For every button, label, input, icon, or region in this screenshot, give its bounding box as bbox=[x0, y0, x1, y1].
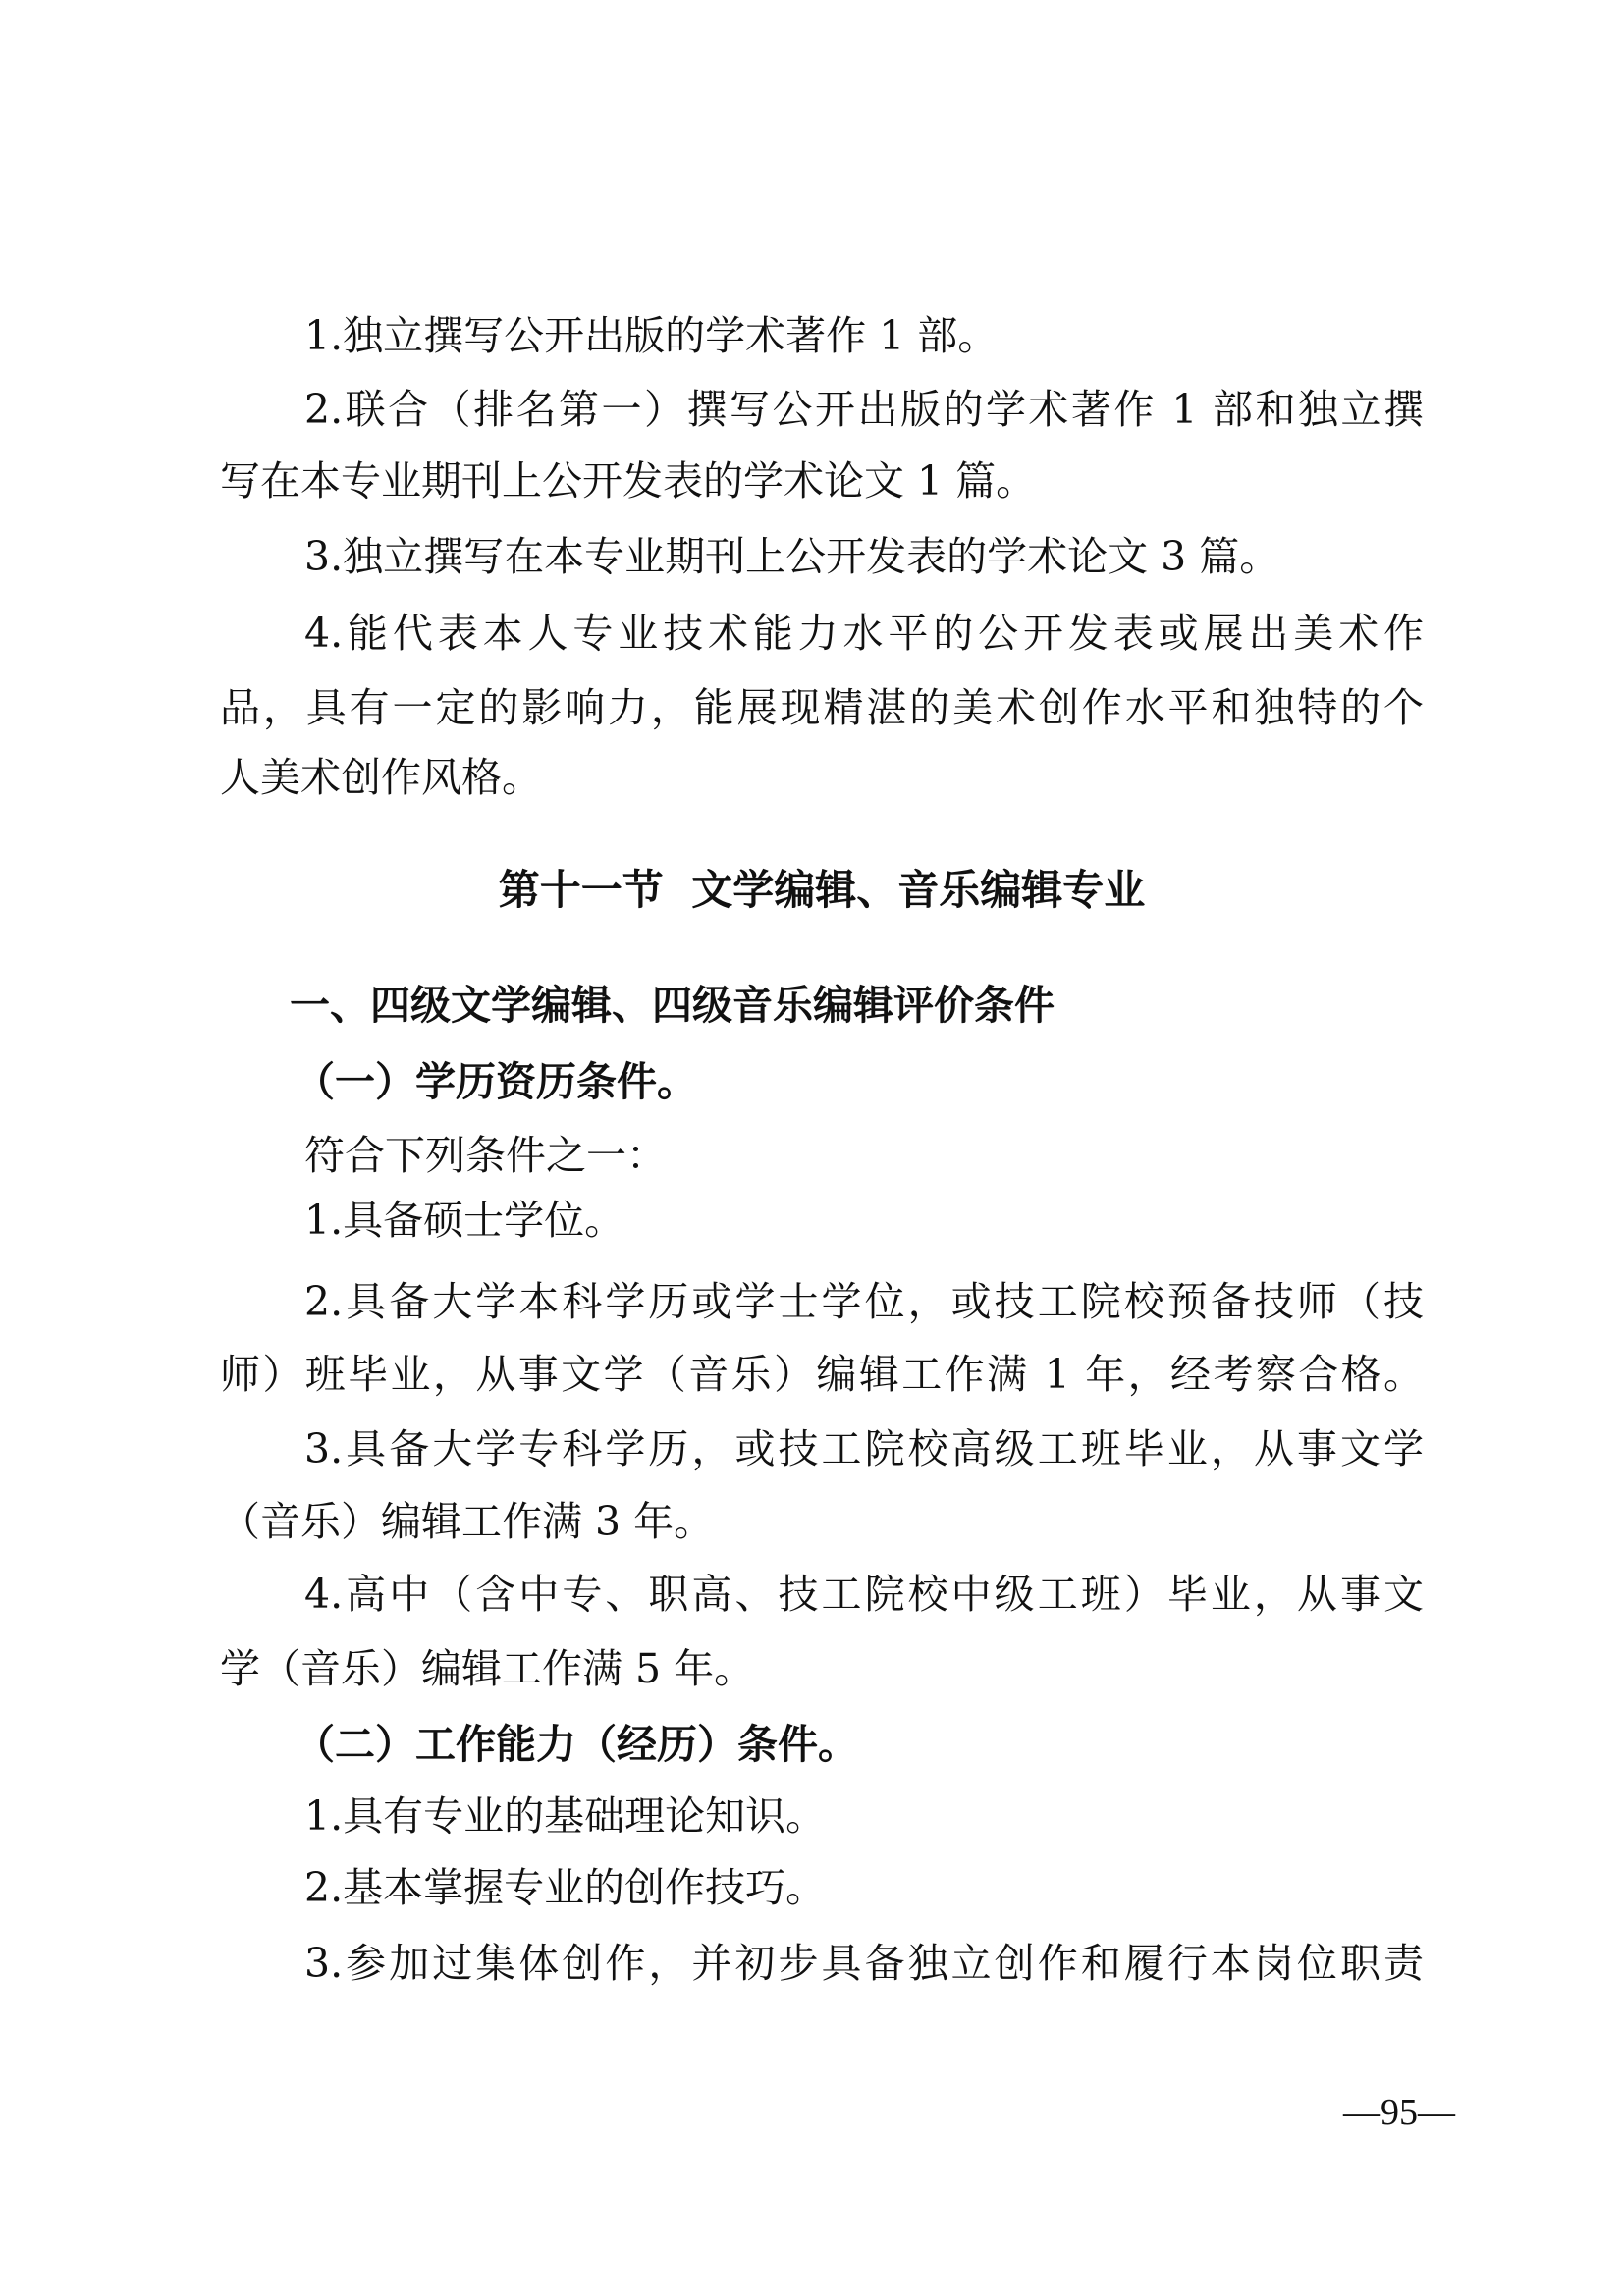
paragraph-line: 写在本专业期刊上公开发表的学术论文 1 篇。 bbox=[220, 452, 1424, 510]
page-number: —95— bbox=[1306, 2085, 1492, 2140]
education-item: 3.具备大学专科学历，或技工院校高级工班毕业，从事文学 bbox=[304, 1419, 1424, 1478]
education-item-continued: 学（音乐）编辑工作满 5 年。 bbox=[220, 1639, 1424, 1698]
ability-item: 1.具有专业的基础理论知识。 bbox=[304, 1787, 1424, 1845]
ability-item: 2.基本掌握专业的创作技巧。 bbox=[304, 1858, 1424, 1917]
education-item-continued: （音乐）编辑工作满 3 年。 bbox=[220, 1492, 1424, 1551]
intro-text: 符合下列条件之一： bbox=[304, 1126, 1424, 1185]
education-item: 4.高中（含中专、职高、技工院校中级工班）毕业，从事文 bbox=[304, 1565, 1424, 1624]
paragraph-line: 1.独立撰写公开出版的学术著作 1 部。 bbox=[304, 306, 1424, 365]
heading-level-1: 一、四级文学编辑、四级音乐编辑评价条件 bbox=[290, 976, 1424, 1035]
subheading-education: （一）学历资历条件。 bbox=[295, 1052, 1498, 1111]
paragraph-line: 4.能代表本人专业技术能力水平的公开发表或展出美术作 bbox=[304, 604, 1424, 663]
document-page: 1.独立撰写公开出版的学术著作 1 部。 2.联合（排名第一）撰写公开出版的学术… bbox=[0, 0, 1623, 2296]
paragraph-line: 品，具有一定的影响力，能展现精湛的美术创作水平和独特的个 bbox=[220, 678, 1424, 737]
education-item: 1.具备硕士学位。 bbox=[304, 1191, 1424, 1250]
section-title: 第十一节 文学编辑、音乐编辑专业 bbox=[220, 861, 1424, 920]
ability-item: 3.参加过集体创作，并初步具备独立创作和履行本岗位职责 bbox=[304, 1934, 1424, 1993]
paragraph-line: 3.独立撰写在本专业期刊上公开发表的学术论文 3 篇。 bbox=[304, 527, 1424, 586]
education-item-continued: 师）班毕业，从事文学（音乐）编辑工作满 1 年，经考察合格。 bbox=[220, 1345, 1424, 1404]
education-item: 2.具备大学本科学历或学士学位，或技工院校预备技师（技 bbox=[304, 1272, 1424, 1331]
subheading-ability: （二）工作能力（经历）条件。 bbox=[295, 1715, 1498, 1774]
paragraph-line: 人美术创作风格。 bbox=[220, 748, 1424, 807]
paragraph-line: 2.联合（排名第一）撰写公开出版的学术著作 1 部和独立撰 bbox=[304, 380, 1424, 439]
